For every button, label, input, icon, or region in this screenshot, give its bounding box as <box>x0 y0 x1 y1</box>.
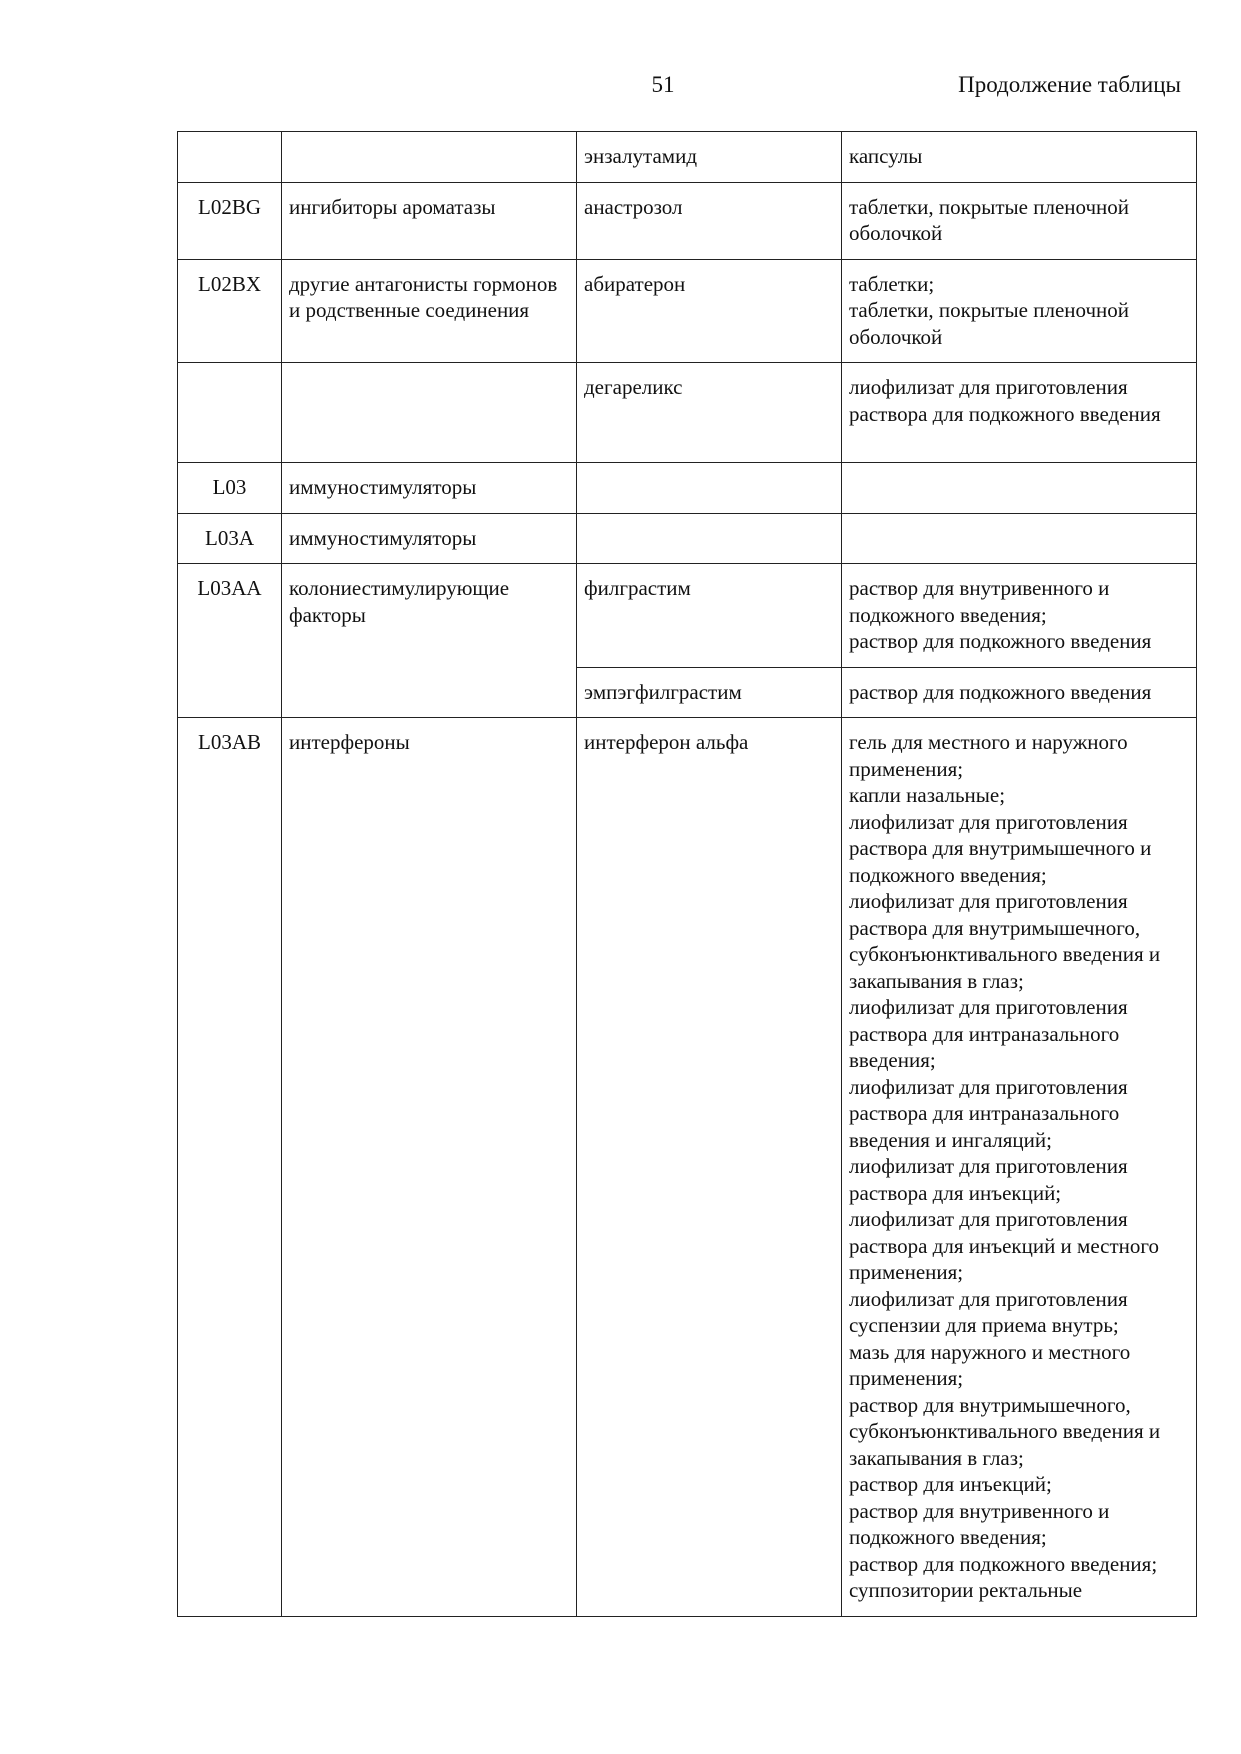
dosage-form-item: лиофилизат для приготовления раствора дл… <box>849 888 1189 994</box>
table-row: L03AB интерфероны интерферон альфа гель … <box>178 718 1197 1617</box>
atc-group: колониестимулирующие факторы <box>282 564 577 718</box>
dosage-form-item: раствор для подкожного введения <box>849 628 1189 655</box>
atc-group: интерфероны <box>282 718 577 1617</box>
atc-code: L02BX <box>178 259 282 363</box>
atc-code: L03AA <box>178 564 282 718</box>
atc-group <box>282 132 577 183</box>
dosage-form-item: раствор для внутримышечного, субконъюнкт… <box>849 1392 1189 1472</box>
dosage-form-item: лиофилизат для приготовления раствора дл… <box>849 994 1189 1074</box>
drug-name: филграстим <box>577 564 842 668</box>
page-number: 51 <box>640 72 686 98</box>
table-row: L03 иммуностимуляторы <box>178 463 1197 514</box>
table-row: L03A иммуностимуляторы <box>178 513 1197 564</box>
drug-table: энзалутамид капсулы L02BG ингибиторы аро… <box>177 131 1197 1617</box>
atc-group: иммуностимуляторы <box>282 463 577 514</box>
dosage-forms: раствор для подкожного введения <box>842 667 1197 718</box>
drug-name: эмпэгфилграстим <box>577 667 842 718</box>
dosage-form-item: капли назальные; <box>849 782 1189 809</box>
atc-group: иммуностимуляторы <box>282 513 577 564</box>
atc-group <box>282 363 577 463</box>
table-row: энзалутамид капсулы <box>178 132 1197 183</box>
dosage-form-item: раствор для внутривенного и подкожного в… <box>849 1498 1189 1551</box>
atc-code <box>178 132 282 183</box>
dosage-form-item: лиофилизат для приготовления раствора дл… <box>849 1153 1189 1206</box>
table-row: L02BX другие антагонисты гормонов и родс… <box>178 259 1197 363</box>
dosage-form-item: таблетки, покрытые пленочной оболочкой <box>849 297 1189 350</box>
dosage-forms: таблетки;таблетки, покрытые пленочной об… <box>842 259 1197 363</box>
atc-code: L03A <box>178 513 282 564</box>
dosage-form-item: лиофилизат для приготовления раствора дл… <box>849 1074 1189 1154</box>
dosage-forms: гель для местного и наружного применения… <box>842 718 1197 1617</box>
table-row: L02BG ингибиторы ароматазы анастрозол та… <box>178 182 1197 259</box>
dosage-form-item: раствор для подкожного введения; <box>849 1551 1189 1578</box>
dosage-forms: лиофилизат для приготовления раствора дл… <box>842 363 1197 463</box>
dosage-forms <box>842 463 1197 514</box>
table-continued-label: Продолжение таблицы <box>958 72 1181 98</box>
drug-name <box>577 513 842 564</box>
drug-name <box>577 463 842 514</box>
dosage-form-item: таблетки, покрытые пленочной оболочкой <box>849 194 1189 247</box>
dosage-form-item: раствор для внутривенного и подкожного в… <box>849 575 1189 628</box>
dosage-forms: таблетки, покрытые пленочной оболочкой <box>842 182 1197 259</box>
dosage-form-item: лиофилизат для приготовления раствора дл… <box>849 1206 1189 1286</box>
dosage-form-item: суппозитории ректальные <box>849 1577 1189 1604</box>
atc-code <box>178 363 282 463</box>
dosage-form-item: капсулы <box>849 143 1189 170</box>
dosage-forms <box>842 513 1197 564</box>
dosage-form-item: лиофилизат для приготовления раствора дл… <box>849 809 1189 889</box>
drug-name: интерферон альфа <box>577 718 842 1617</box>
drug-name: анастрозол <box>577 182 842 259</box>
dosage-form-item: лиофилизат для приготовления раствора дл… <box>849 374 1189 427</box>
atc-group: ингибиторы ароматазы <box>282 182 577 259</box>
dosage-form-item: таблетки; <box>849 271 1189 298</box>
dosage-form-item: мазь для наружного и местного применения… <box>849 1339 1189 1392</box>
atc-code: L02BG <box>178 182 282 259</box>
atc-code: L03AB <box>178 718 282 1617</box>
dosage-forms: раствор для внутривенного и подкожного в… <box>842 564 1197 668</box>
dosage-form-item: гель для местного и наружного применения… <box>849 729 1189 782</box>
dosage-form-item: раствор для подкожного введения <box>849 679 1189 706</box>
dosage-forms: капсулы <box>842 132 1197 183</box>
table-row: дегареликс лиофилизат для приготовления … <box>178 363 1197 463</box>
atc-group: другие антагонисты гормонов и родственны… <box>282 259 577 363</box>
dosage-form-item: лиофилизат для приготовления суспензии д… <box>849 1286 1189 1339</box>
dosage-form-item: раствор для инъекций; <box>849 1471 1189 1498</box>
atc-code: L03 <box>178 463 282 514</box>
drug-name: дегареликс <box>577 363 842 463</box>
drug-name: абиратерон <box>577 259 842 363</box>
drug-name: энзалутамид <box>577 132 842 183</box>
table-row: L03AA колониестимулирующие факторы филгр… <box>178 564 1197 668</box>
